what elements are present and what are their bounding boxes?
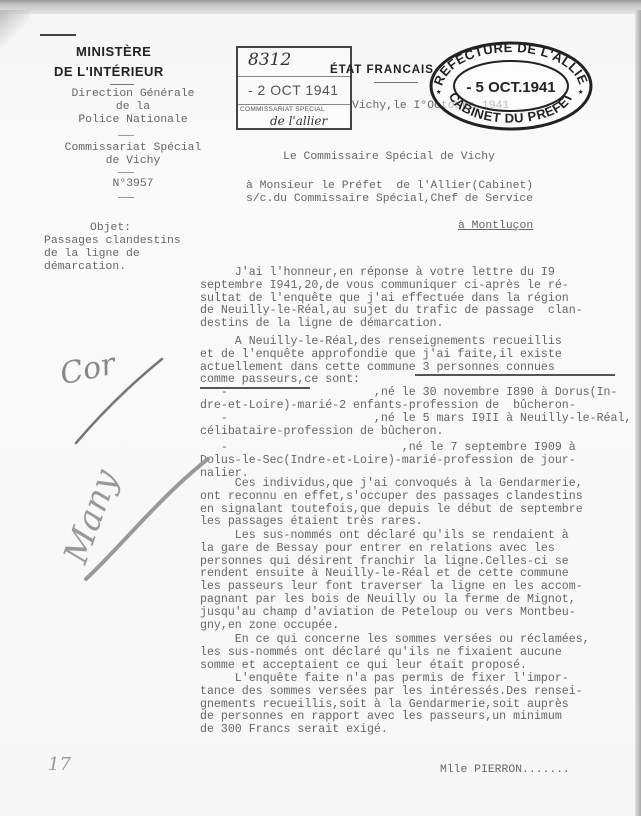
subject-line: de la ligne de (44, 248, 181, 261)
divider (118, 135, 134, 136)
registry-number: 8312 (248, 50, 291, 70)
ministry-heading: MINISTÈRE (76, 44, 151, 59)
subject-line: Passages clandestins (44, 235, 181, 248)
destination: à Montluçon (458, 220, 533, 233)
paper-corner-curl (0, 10, 30, 50)
text-line: somme et acceptaient ce qui leur était p… (200, 660, 590, 673)
divider (118, 172, 134, 173)
text-line: destins de la ligne de démarcation. (200, 318, 583, 331)
text-line: Dolus-le-Sec(Indre-et-Loire)-marié-profe… (200, 455, 631, 468)
paragraph-5: En ce qui concerne les sommes versées ou… (200, 634, 590, 672)
text-line: de 300 Francs serait exigé. (200, 724, 583, 737)
text-line: pagnant par les bois de Neuilly ou la fe… (200, 594, 583, 607)
state-heading: ÉTAT FRANCAIS (330, 64, 434, 76)
text-line: En ce qui concerne les sommes versées ou… (200, 634, 590, 647)
direction-line: Police Nationale (48, 114, 218, 127)
subject-label: Objet: (44, 222, 181, 235)
registry-place: de l'allier (270, 114, 327, 128)
divider (374, 82, 418, 83)
text-line: L'enquête faite n'a pas permis de fixer … (200, 673, 583, 686)
paper-right-edge (635, 10, 641, 816)
text-line: la gare de Bessay pour entrer en relatio… (200, 543, 583, 556)
text-line: et de l'enquête approfondie que j'ai fai… (200, 349, 631, 362)
star-icon: ★ (578, 87, 584, 97)
paper-top-edge (0, 0, 641, 14)
page-mark: 17 (48, 754, 71, 775)
pencil-stroke (70, 355, 170, 450)
prefecture-stamp: PRÉFECTURE DE L'ALLIER CABINET DU PRÉFET… (428, 40, 594, 132)
pencil-stroke (82, 455, 212, 585)
pen-dash-mark (40, 34, 76, 36)
commissariat-block: Commissariat Spécial de Vichy (48, 142, 218, 168)
reference-number: N°3957 (48, 178, 218, 191)
divider (118, 197, 134, 198)
stamp-date: - 5 OCT.1941 (466, 79, 555, 96)
direction-line: Direction Générale (48, 88, 218, 101)
paragraph-6: L'enquête faite n'a pas permis de fixer … (200, 673, 583, 737)
text-line: les passages étaient très rares. (200, 516, 583, 529)
divider (110, 84, 134, 85)
registry-stamp: 8312 - 2 OCT 1941 COMMISSARIAT SPECIAL d… (236, 46, 352, 130)
commissariat-line: de Vichy (48, 155, 218, 168)
subject-block: Objet: Passages clandestins de la ligne … (44, 222, 181, 274)
text-line: A Neuilly-le-Réal,des renseignements rec… (200, 336, 631, 349)
direction-line: de la (48, 101, 218, 114)
text-line: - ,né le 5 mars I9II à Neuilly-le-Réal, (200, 413, 631, 426)
text-line: dre-et-Loire)-marié-2 enfants-profession… (200, 400, 631, 413)
paragraph-1: J'ai l'honneur,en réponse à votre lettre… (200, 267, 583, 331)
text-line: septembre I941,20,de vous communiquer ci… (200, 280, 583, 293)
continuation-name: Mlle PIERRON....... (440, 764, 570, 777)
paragraph-3: Ces individus,que j'ai convoqués à la Ge… (200, 478, 583, 529)
subject-line: démarcation. (44, 261, 181, 274)
text-line: les sus-nommés ont déclaré qu'ils ne fix… (200, 647, 590, 660)
underline-mark (200, 387, 310, 389)
text-line: Les sus-nommés ont déclaré qu'ils se ren… (200, 530, 583, 543)
recipient-line: à Monsieur le Préfet de l'Allier(Cabinet… (246, 180, 533, 193)
text-line: J'ai l'honneur,en réponse à votre lettre… (200, 267, 583, 280)
direction-block: Direction Générale de la Police National… (48, 88, 218, 127)
paragraph-4: Les sus-nommés ont déclaré qu'ils se ren… (200, 530, 583, 632)
registry-office: COMMISSARIAT SPECIAL (240, 106, 325, 113)
registry-date: - 2 OCT 1941 (248, 82, 339, 98)
text-line: jusqu'au champ d'aviation de Peteloup ou… (200, 607, 583, 620)
text-line: célibataire-profession de bûcheron. (200, 426, 631, 439)
sender: Le Commissaire Spécial de Vichy (283, 151, 495, 164)
paragraph-2: A Neuilly-le-Réal,des renseignements rec… (200, 336, 631, 481)
commissariat-line: Commissariat Spécial (48, 142, 218, 155)
underline-mark (415, 374, 615, 376)
text-line: ont reconnu en effet,s'occuper des passa… (200, 491, 583, 504)
ministry-subheading: DE L'INTÉRIEUR (54, 64, 164, 79)
recipient-line: s/c.du Commissaire Spécial,Chef de Servi… (246, 193, 533, 206)
text-line: gny,en zone occupée. (200, 620, 583, 633)
text-line: tance des sommes versées par les intéres… (200, 686, 583, 699)
star-icon: ★ (436, 87, 442, 97)
text-line: Ces individus,que j'ai convoqués à la Ge… (200, 478, 583, 491)
